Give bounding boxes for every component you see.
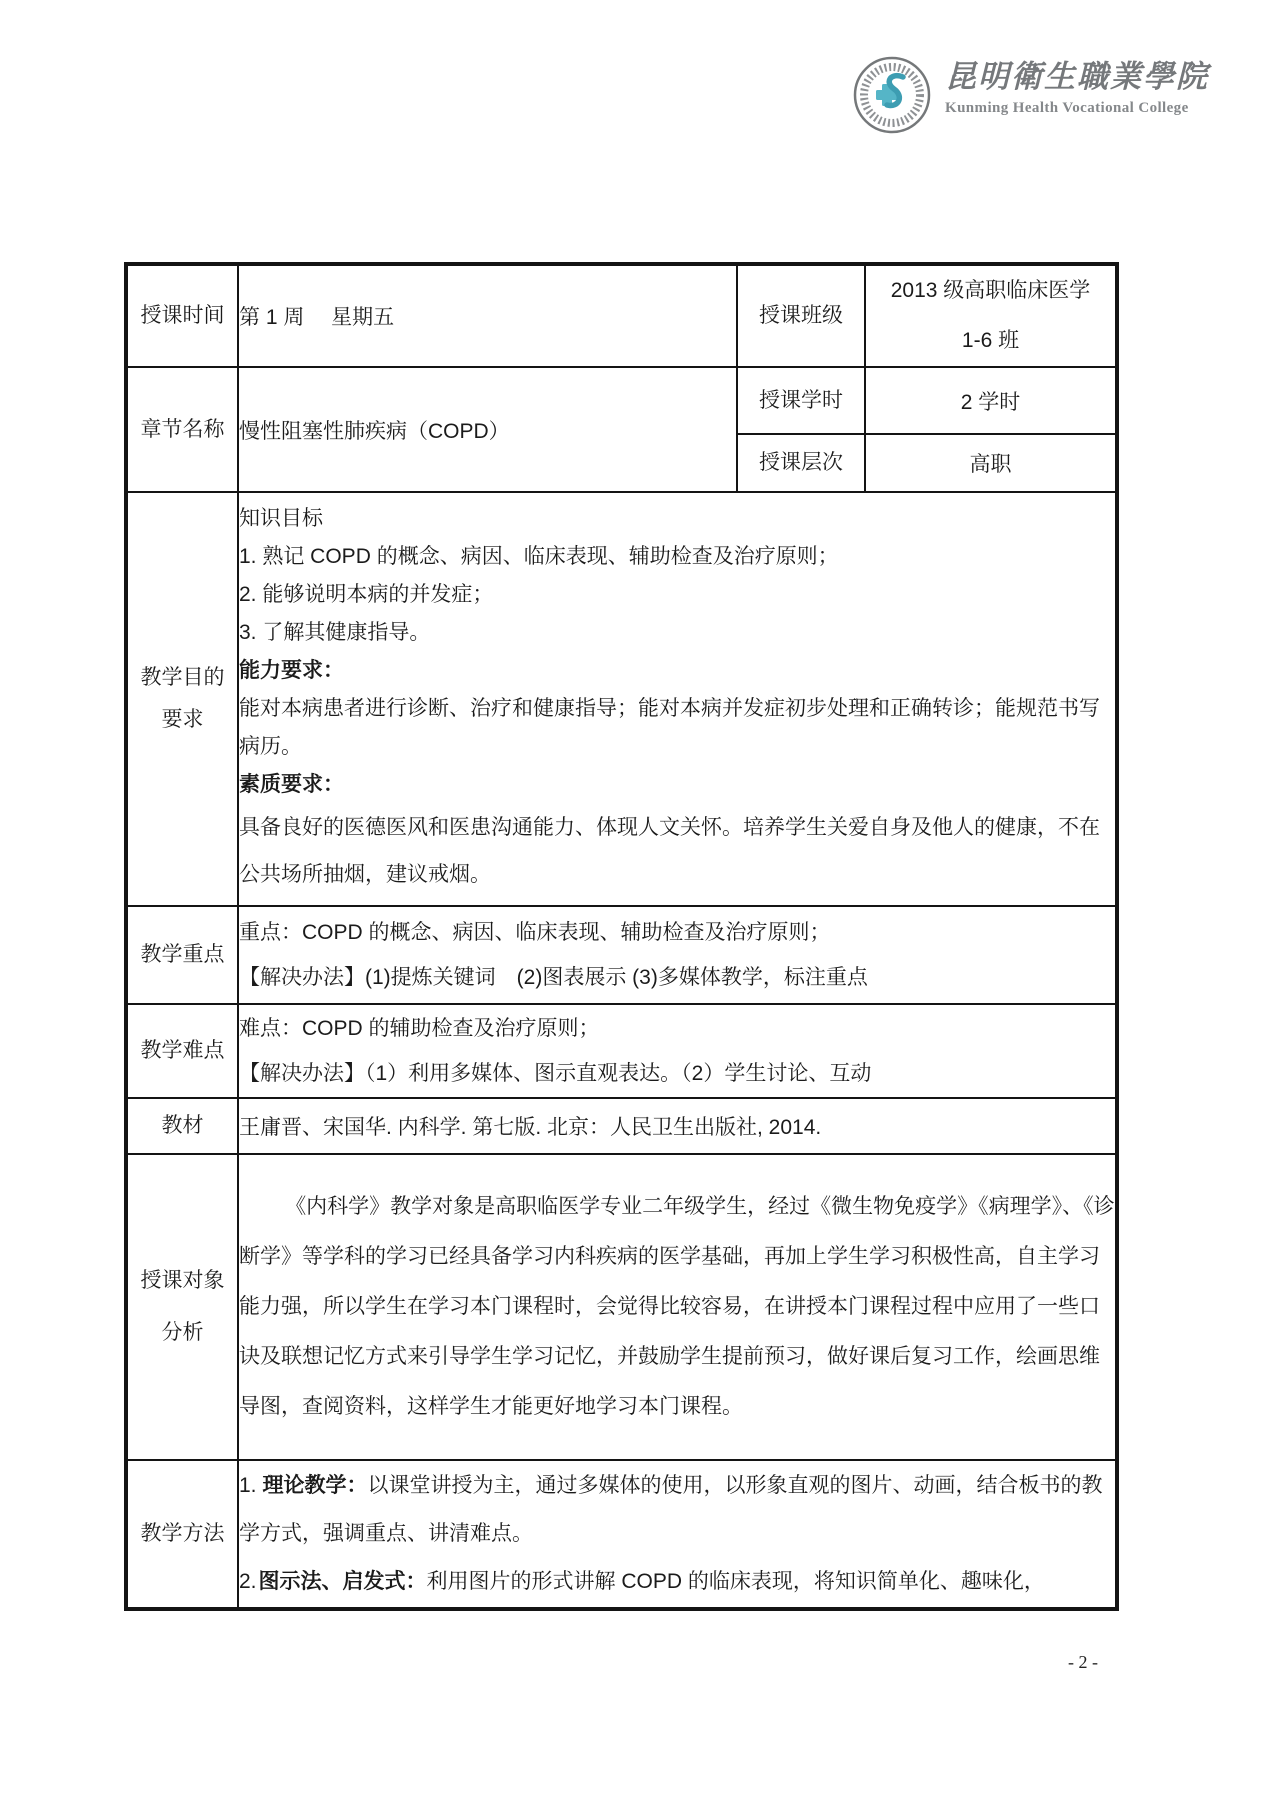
objectives-ability-title: 能力要求： — [239, 652, 1115, 690]
college-name-block: 昆明衛生職業學院 Kunming Health Vocational Colle… — [945, 56, 1209, 117]
cell-time-label: 授课时间 — [126, 264, 238, 367]
objectives-quality-title: 素质要求： — [239, 766, 1115, 804]
college-name-en: Kunming Health Vocational College — [945, 100, 1209, 117]
cell-hours-value: 2 学时 — [865, 367, 1117, 434]
cell-objectives-label: 教学目的 要求 — [126, 492, 238, 906]
cell-methods-content: 1.理论教学：以课堂讲授为主，通过多媒体的使用，以形象直观的图片、动画，结合板书… — [238, 1460, 1117, 1609]
keypoints-line2: 【解决办法】(1)提炼关键词 (2)图表展示 (3)多媒体教学，标注重点 — [239, 955, 1115, 1000]
cell-keypoints-label: 教学重点 — [126, 906, 238, 1004]
audience-label-line1: 授课对象 — [128, 1255, 237, 1307]
cell-audience-label: 授课对象 分析 — [126, 1154, 238, 1460]
lesson-plan-page: 昆明衛生職業學院 Kunming Health Vocational Colle… — [0, 0, 1268, 1793]
cell-time-value: 第 1 周 星期五 — [238, 264, 737, 367]
objectives-knowledge-title: 知识目标 — [239, 500, 1115, 538]
objectives-label-line1: 教学目的 — [128, 657, 237, 699]
difficulties-line2: 【解决办法】（1）利用多媒体、图示直观表达。（2）学生讨论、互动 — [239, 1051, 1115, 1096]
header-logo: 昆明衛生職業學院 Kunming Health Vocational Colle… — [853, 56, 1209, 134]
methods-item-1: 1.理论教学：以课堂讲授为主，通过多媒体的使用，以形象直观的图片、动画，结合板书… — [239, 1462, 1115, 1558]
methods-item-1-title: 理论教学： — [263, 1474, 368, 1497]
methods-item-2-number: 2. — [239, 1570, 257, 1593]
cell-textbook-value: 王庸晋、宋国华. 内科学. 第七版. 北京：人民卫生出版社, 2014. — [238, 1098, 1117, 1154]
methods-item-2: 2.图示法、启发式：利用图片的形式讲解 COPD 的临床表现，将知识简单化、趣味… — [239, 1558, 1115, 1606]
objectives-label-line2: 要求 — [128, 699, 237, 741]
class-value-line1: 2013 级高职临床医学 — [866, 266, 1115, 316]
methods-item-1-text: 以课堂讲授为主，通过多媒体的使用，以形象直观的图片、动画，结合板书的教学方式，强… — [239, 1474, 1103, 1545]
difficulties-line1: 难点：COPD 的辅助检查及治疗原则； — [239, 1006, 1115, 1051]
cell-difficulties-content: 难点：COPD 的辅助检查及治疗原则； 【解决办法】（1）利用多媒体、图示直观表… — [238, 1004, 1117, 1098]
cell-keypoints-content: 重点：COPD 的概念、病因、临床表现、辅助检查及治疗原则； 【解决办法】(1)… — [238, 906, 1117, 1004]
class-value-line2: 1-6 班 — [866, 316, 1115, 366]
cell-hours-label: 授课学时 — [737, 367, 865, 434]
cell-chapter-value: 慢性阻塞性肺疾病（COPD） — [238, 367, 737, 492]
methods-item-1-number: 1. — [239, 1474, 257, 1497]
cell-level-label: 授课层次 — [737, 434, 865, 492]
cell-difficulties-label: 教学难点 — [126, 1004, 238, 1098]
keypoints-line1: 重点：COPD 的概念、病因、临床表现、辅助检查及治疗原则； — [239, 910, 1115, 955]
objectives-quality-text: 具备良好的医德医风和医患沟通能力、体现人文关怀。培养学生关爱自身及他人的健康，不… — [239, 804, 1115, 898]
page-number: - 2 - — [1068, 1652, 1098, 1673]
college-seal-icon — [853, 56, 931, 134]
audience-label-line2: 分析 — [128, 1307, 237, 1359]
cell-class-label: 授课班级 — [737, 264, 865, 367]
cell-audience-content: 《内科学》教学对象是高职临医学专业二年级学生，经过《微生物免疫学》《病理学》、《… — [238, 1154, 1117, 1460]
cell-chapter-label: 章节名称 — [126, 367, 238, 492]
cell-textbook-label: 教材 — [126, 1098, 238, 1154]
objectives-item-1: 1. 熟记 COPD 的概念、病因、临床表现、辅助检查及治疗原则； — [239, 538, 1115, 576]
methods-item-2-text: 利用图片的形式讲解 COPD 的临床表现，将知识简单化、趣味化， — [427, 1570, 1045, 1593]
methods-item-2-title: 图示法、启发式： — [259, 1570, 427, 1593]
objectives-item-3: 3. 了解其健康指导。 — [239, 614, 1115, 652]
cell-methods-label: 教学方法 — [126, 1460, 238, 1609]
objectives-ability-text: 能对本病患者进行诊断、治疗和健康指导；能对本病并发症初步处理和正确转诊；能规范书… — [239, 690, 1115, 766]
audience-paragraph: 《内科学》教学对象是高职临医学专业二年级学生，经过《微生物免疫学》《病理学》、《… — [239, 1182, 1115, 1432]
cell-level-value: 高职 — [865, 434, 1117, 492]
college-name-cn: 昆明衛生職業學院 — [945, 60, 1209, 94]
objectives-item-2: 2. 能够说明本病的并发症； — [239, 576, 1115, 614]
cell-objectives-content: 知识目标 1. 熟记 COPD 的概念、病因、临床表现、辅助检查及治疗原则； 2… — [238, 492, 1117, 906]
cell-class-value: 2013 级高职临床医学 1-6 班 — [865, 264, 1117, 367]
lesson-plan-table: 授课时间 第 1 周 星期五 授课班级 2013 级高职临床医学 1-6 班 章… — [124, 262, 1119, 1611]
